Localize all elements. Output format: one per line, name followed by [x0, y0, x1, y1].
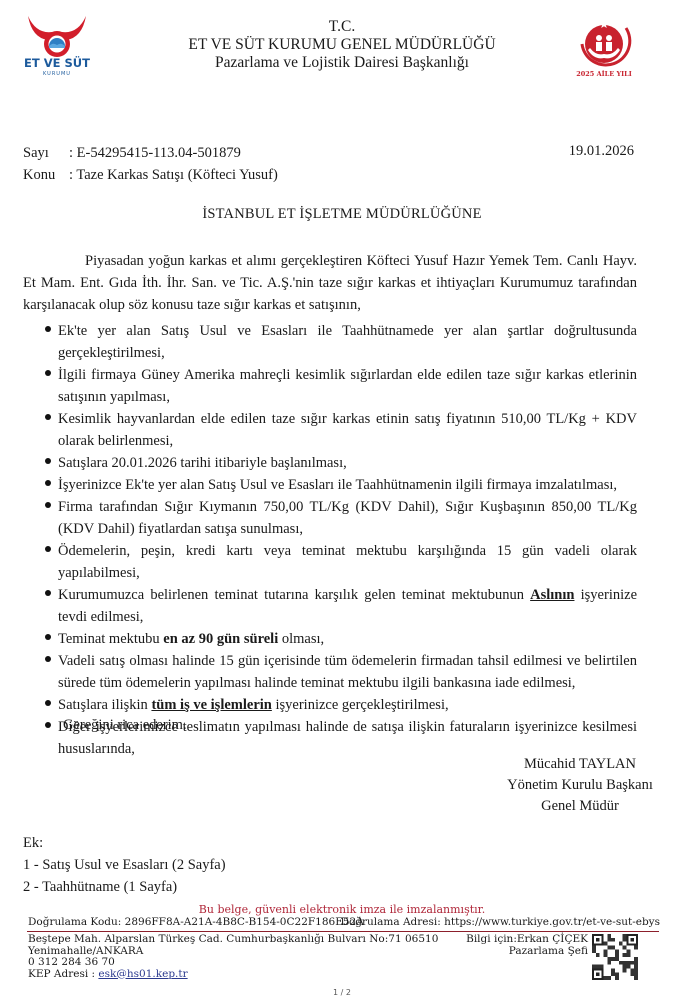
bullet-icon: [45, 656, 51, 662]
attachments-label: Ek:: [23, 832, 226, 854]
sayi-value: : E-54295415-113.04-501879: [69, 145, 241, 161]
bullet-icon: [45, 634, 51, 640]
qr-code-icon[interactable]: [591, 934, 639, 980]
conditions-list: Ek'te yer alan Satış Usul ve Esasları il…: [39, 320, 637, 760]
info-contact-person: Bilgi için:Erkan ÇİÇEK: [466, 934, 588, 946]
list-item-text: Ek'te yer alan Satış Usul ve Esasları il…: [58, 323, 637, 361]
list-item-text: İlgili firmaya Güney Amerika mahreçli ke…: [58, 367, 637, 405]
bullet-icon: [45, 590, 51, 596]
list-item: İşyerinizce Ek'te yer alan Satış Usul ve…: [39, 474, 637, 496]
kep-address-row: KEP Adresi : esk@hs01.kep.tr: [28, 969, 438, 981]
list-item-text: Kurumumuzca belirlenen teminat tutarına …: [58, 587, 530, 603]
sayi-label: Sayı: [23, 142, 69, 164]
address-line: Beştepe Mah. Alparslan Türkeş Cad. Cumhu…: [28, 934, 438, 946]
document-number-row: Sayı: E-54295415-113.04-501879: [23, 142, 241, 164]
list-item-text: Kesimlik hayvanlardan elde edilen taze s…: [58, 411, 637, 449]
list-item-text: Vadeli satış olması halinde 15 gün içeri…: [58, 653, 637, 691]
bullet-icon: [45, 414, 51, 420]
signer-title-2: Genel Müdür: [484, 796, 676, 817]
document-date: 19.01.2026: [569, 143, 634, 160]
subject-row: Konu: Taze Karkas Satışı (Köfteci Yusuf): [23, 164, 278, 186]
emphasized-text: tüm iş ve işlemlerin: [151, 697, 271, 713]
e-signature-notice: Bu belge, güvenli elektronik imza ile im…: [0, 904, 684, 916]
signature-block: Mücahid TAYLAN Yönetim Kurulu Başkanı Ge…: [484, 754, 676, 817]
bullet-icon: [45, 326, 51, 332]
emphasized-text: Aslının: [530, 587, 574, 603]
signer-name: Mücahid TAYLAN: [484, 754, 676, 775]
closing-line: Gereğini rica ederim.: [63, 717, 187, 734]
contact-info: Bilgi için:Erkan ÇİÇEK Pazarlama Şefi: [466, 934, 588, 957]
bullet-icon: [45, 370, 51, 376]
list-item: Satışlara ilişkin tüm iş ve işlemlerin i…: [39, 694, 637, 716]
signer-title: Yönetim Kurulu Başkanı: [484, 775, 676, 796]
svg-text:2025 AİLE YILI: 2025 AİLE YILI: [576, 69, 632, 78]
list-item-text: İşyerinizce Ek'te yer alan Satış Usul ve…: [58, 477, 617, 493]
list-item: Vadeli satış olması halinde 15 gün içeri…: [39, 650, 637, 694]
contact-address: Beştepe Mah. Alparslan Türkeş Cad. Cumhu…: [28, 934, 438, 980]
list-item-text: olması,: [278, 631, 324, 647]
bullet-icon: [45, 700, 51, 706]
info-contact-title: Pazarlama Şefi: [466, 946, 588, 958]
page-number: 1 / 2: [0, 988, 684, 997]
list-item-text: işyerinizce gerçekleştirilmesi,: [272, 697, 449, 713]
verification-address: Doğrulama Adresi: https://www.turkiye.go…: [341, 917, 660, 929]
list-item: Ek'te yer alan Satış Usul ve Esasları il…: [39, 320, 637, 364]
list-item-text: Firma tarafından Sığır Kıymanın 750,00 T…: [58, 499, 637, 537]
bullet-icon: [45, 502, 51, 508]
attachment-item: 1 - Satış Usul ve Esasları (2 Sayfa): [23, 854, 226, 876]
attachment-item: 2 - Taahhütname (1 Sayfa): [23, 876, 226, 898]
bullet-icon: [45, 458, 51, 464]
list-item: Teminat mektubu en az 90 gün süreli olma…: [39, 628, 637, 650]
intro-paragraph: Piyasadan yoğun karkas et alımı gerçekle…: [23, 250, 637, 316]
bullet-icon: [45, 722, 51, 728]
family-year-logo: 2025 AİLE YILI: [568, 14, 644, 80]
footer-divider: [27, 931, 659, 932]
list-item-text: Ödemelerin, peşin, kredi kartı veya temi…: [58, 543, 637, 581]
kep-label: KEP Adresi :: [28, 968, 98, 980]
attachments: Ek: 1 - Satış Usul ve Esasları (2 Sayfa)…: [23, 832, 226, 898]
bullet-icon: [45, 480, 51, 486]
emphasized-text: en az 90 gün süreli: [163, 631, 278, 647]
konu-label: Konu: [23, 164, 69, 186]
list-item: Kurumumuzca belirlenen teminat tutarına …: [39, 584, 637, 628]
list-item: Kesimlik hayvanlardan elde edilen taze s…: [39, 408, 637, 452]
verification-code: Doğrulama Kodu: 2896FF8A-A21A-4B8C-B154-…: [28, 917, 364, 929]
konu-value: : Taze Karkas Satışı (Köfteci Yusuf): [69, 167, 278, 183]
list-item: Ödemelerin, peşin, kredi kartı veya temi…: [39, 540, 637, 584]
list-item: Firma tarafından Sığır Kıymanın 750,00 T…: [39, 496, 637, 540]
list-item-text: Teminat mektubu: [58, 631, 163, 647]
list-item: İlgili firmaya Güney Amerika mahreçli ke…: [39, 364, 637, 408]
kep-address-link[interactable]: esk@hs01.kep.tr: [98, 968, 187, 980]
list-item: Satışlara 20.01.2026 tarihi itibariyle b…: [39, 452, 637, 474]
recipient: İSTANBUL ET İŞLETME MÜDÜRLÜĞÜNE: [0, 206, 684, 223]
family-year-hands-logo-icon: 2025 AİLE YILI: [568, 14, 644, 80]
bullet-icon: [45, 546, 51, 552]
list-item-text: Satışlara ilişkin: [58, 697, 151, 713]
list-item-text: Satışlara 20.01.2026 tarihi itibariyle b…: [58, 455, 347, 471]
